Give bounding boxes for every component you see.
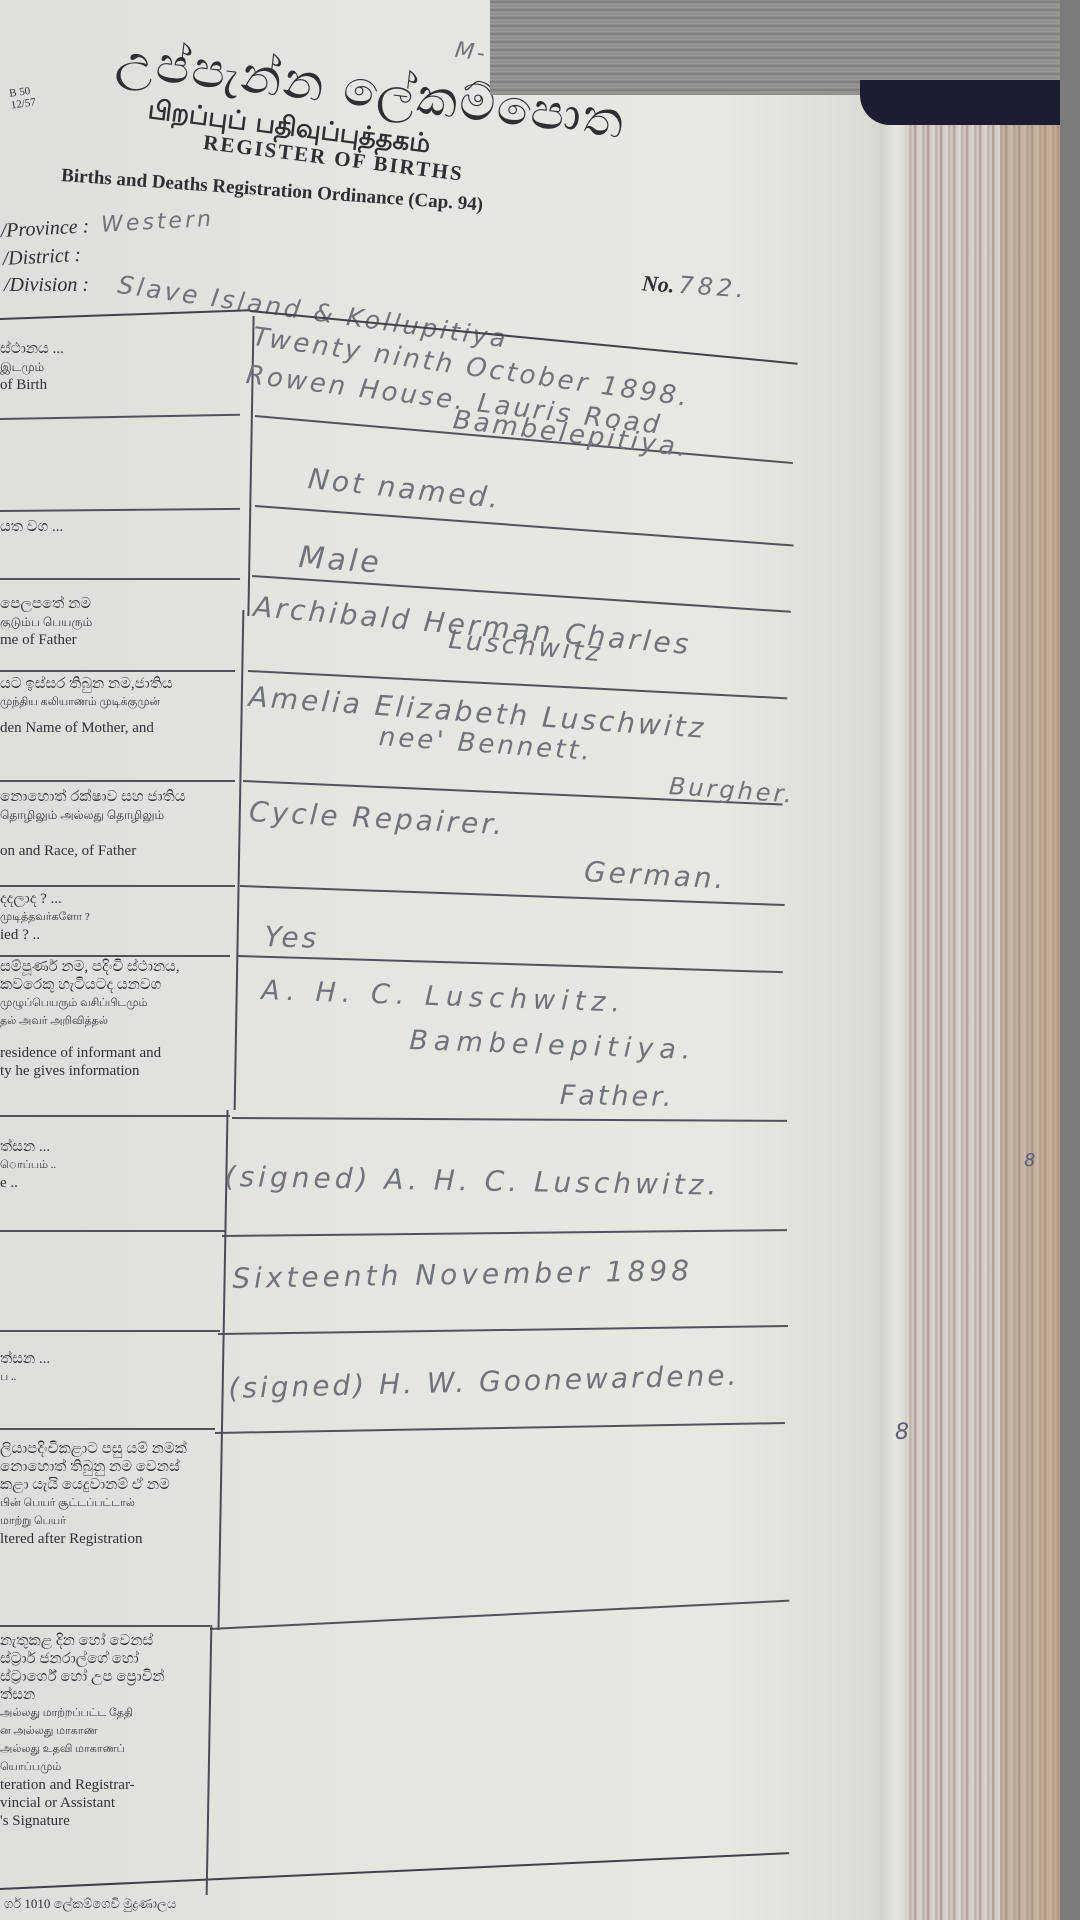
informant-name: A. H. C. Luschwitz. [261, 975, 627, 1019]
father-race: German. [583, 855, 727, 895]
register-page: B 50 12/57 M- උප්පැන්න ලේකම්පොත பிறப்புப… [0, 0, 905, 1920]
label-line: ත්සන ... [0, 1138, 56, 1156]
label-line: மாற்று பெயர் [0, 1512, 187, 1530]
parents-married: Yes [264, 920, 320, 955]
label-line: පෙලපතේ නම [0, 595, 92, 613]
label-line: தொழிலும் அல்லது தொழிலும் [0, 806, 185, 824]
row-12-label: ලියාපදිංචිකළාට පසු යම් නමක් නොහොත් තිබුන… [0, 1440, 187, 1548]
label-line: of Birth [0, 376, 64, 394]
row-8-label: සම්පූර්ණ නම, පදිංචි ස්ථානය, කවරෙකු හැටිය… [0, 958, 180, 1080]
row-7-label: දදලාද ? ... முடித்தவர்களோ ? ied ? .. [0, 890, 90, 944]
label-line: යට ඉස්සර තිබුන නම,ජාතිය [0, 675, 173, 693]
label-line: ied ? .. [0, 926, 90, 944]
label-line: ப .. [0, 1368, 50, 1386]
label-line: on and Race, of Father [0, 842, 185, 860]
label-line: residence of informant and [0, 1044, 180, 1062]
label-line: பின் பெயர் சூட்டப்பட்டால் [0, 1494, 187, 1512]
label-line: නොහොත් රක්ෂාව සහ ජාතිය [0, 788, 185, 806]
book-fore-edge-shadow [1000, 120, 1060, 1920]
district-label: /District : [2, 244, 81, 270]
label-line: முழுப்பெயரும் வசிப்பிடமும் [0, 994, 180, 1012]
label-line: முந்திய கலியாணம் முடிக்குமுன் [0, 693, 173, 711]
row-3-label: යත වග ... [0, 518, 63, 536]
province-value: Western [101, 207, 215, 238]
label-line: me of Father [0, 631, 92, 649]
label-line: ස්ට්‍රාර්ගේ හෝ උප ප්‍රොවින් [0, 1668, 165, 1686]
book-spine-band [860, 80, 1080, 125]
row-1-label: ස්ථානය ... இடமும் of Birth [0, 340, 64, 394]
label-line: தல் அவர் அறிவித்தல் [0, 1012, 180, 1030]
register-number: No. 782. [641, 268, 749, 303]
row-11-label: ත්සන ... ப .. [0, 1350, 50, 1386]
label-line: ස්ට්‍රාර් ජනරාල්ගේ හෝ [0, 1650, 165, 1668]
division-label: /Division : [4, 274, 89, 296]
form-code: B 50 12/57 [8, 84, 36, 111]
fore-edge-mark: 8 [895, 1420, 912, 1445]
label-line: කළා යැයි යෙදුවානම් ඒ නම [0, 1476, 187, 1494]
form-code-line-2: 12/57 [10, 96, 36, 111]
province-label: /Province : [0, 215, 90, 242]
label-line: ltered after Registration [0, 1530, 187, 1548]
footer-imprint: ගර් 1010 ලේකම්ගෙවි මුද්‍රණාලය [4, 1896, 176, 1912]
label-line: 's Signature [0, 1812, 165, 1830]
label-line: யொப்பமும் [0, 1758, 165, 1776]
district-field: /District : [2, 242, 82, 271]
label-line: e .. [0, 1174, 56, 1192]
label-line: දදලාද ? ... [0, 890, 90, 908]
row-9-label: ත්සන ... ொப்பம் .. e .. [0, 1138, 56, 1192]
label-line: සම්පූර්ණ නම, පදිංචි ස්ථානය, [0, 958, 180, 976]
label-line: ස්ථානය ... [0, 340, 64, 358]
informant-residence: Bambelepitiya. [409, 1025, 697, 1066]
label-line: නොහොත් තිබුනු නම වෙනස් [0, 1458, 187, 1476]
register-number-value: 782. [677, 271, 748, 304]
label-line: ලියාපදිංචිකළාට පසු යම් නමක් [0, 1440, 187, 1458]
informant-capacity: Father. [559, 1080, 674, 1113]
informant-signature: (signed) A. H. C. Luschwitz. [224, 1160, 720, 1202]
mother-race: Burgher. [668, 772, 796, 809]
label-line: ty he gives information [0, 1062, 180, 1080]
label-line: ත්සන [0, 1686, 165, 1704]
background-strip [1060, 0, 1080, 1920]
label-line: teration and Registrar- [0, 1776, 165, 1794]
label-line: ත්සන ... [0, 1350, 50, 1368]
row-5-label: යට ඉස්සර තිබුන නම,ජාතිය முந்திய கலியாணம்… [0, 675, 173, 737]
province-field: /Province : Western [0, 207, 215, 243]
pencil-mark: M- [453, 38, 489, 67]
fore-edge-mark: 8 [1024, 1150, 1038, 1171]
registration-date: Sixteenth November 1898 [232, 1254, 693, 1295]
label-line: නැතුකළ දින හෝ වෙනස් [0, 1632, 165, 1650]
label-line: முடித்தவர்களோ ? [0, 908, 90, 926]
label-line: යත වග ... [0, 518, 63, 536]
label-line: ன அல்லது மாகாண [0, 1722, 165, 1740]
label-line: ொப்பம் .. [0, 1156, 56, 1174]
division-field: /Division : [4, 274, 89, 297]
child-name: Not named. [307, 462, 503, 515]
sex: Male [298, 540, 383, 581]
father-occupation: Cycle Repairer. [248, 795, 506, 841]
label-line: කවරෙකු හැටියටද යනවග [0, 976, 180, 994]
row-13-label: නැතුකළ දින හෝ වෙනස් ස්ට්‍රාර් ජනරාල්ගේ හ… [0, 1632, 165, 1830]
label-line: vincial or Assistant [0, 1794, 165, 1812]
row-6-label: නොහොත් රක්ෂාව සහ ජාතිය தொழிலும் அல்லது த… [0, 788, 185, 860]
label-line: அல்லது மாற்றப்பட்ட தேதி [0, 1704, 165, 1722]
label-line: இடமும் [0, 358, 64, 376]
label-line: den Name of Mother, and [0, 719, 173, 737]
registrar-signature: (signed) H. W. Goonewardene. [228, 1359, 740, 1405]
row-4-label: පෙලපතේ නම குடும்ப பெயரும் me of Father [0, 595, 92, 649]
label-line: குடும்ப பெயரும் [0, 613, 92, 631]
label-line: அல்லது உதவி மாகாணப் [0, 1740, 165, 1758]
register-number-label: No. [641, 270, 675, 297]
